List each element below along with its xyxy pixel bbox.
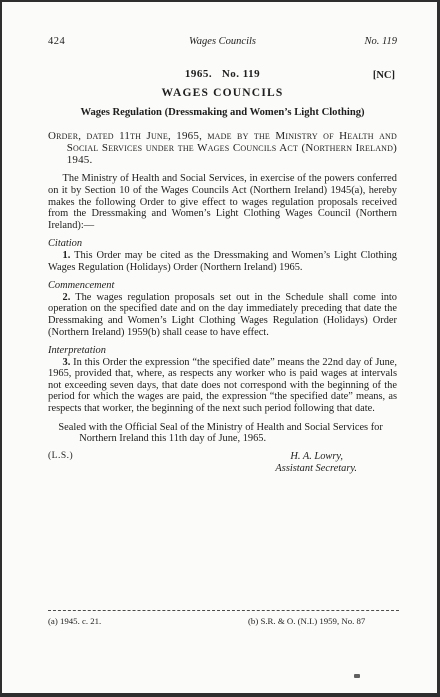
section-number: 1. <box>63 250 71 261</box>
footnote-text: 1945. c. 21. <box>60 616 101 626</box>
seal-mark: (L.S.) <box>48 451 73 461</box>
footnote-a: (a) 1945. c. 21. <box>48 616 248 626</box>
section-text: In this Order the expression “the specif… <box>48 357 397 414</box>
signatory-name: H. A. Lowry, <box>275 451 357 464</box>
footnote-label: (b) <box>248 616 258 626</box>
nc-tag: [NC] <box>373 70 395 81</box>
running-title: Wages Councils <box>138 36 307 47</box>
section-number: 3. <box>63 357 71 368</box>
recital-paragraph: Order, dated 11th June, 1965, made by th… <box>48 131 397 166</box>
signatory-title: Assistant Secretary. <box>275 463 357 476</box>
section-text: This Order may be cited as the Dressmaki… <box>48 250 397 273</box>
section-paragraph-interpretation: 3. In this Order the expression “the spe… <box>48 357 397 415</box>
section-paragraph-citation: 1. This Order may be cited as the Dressm… <box>48 250 397 273</box>
section-number: 2. <box>63 292 71 303</box>
intro-paragraph: The Ministry of Health and Social Servic… <box>48 173 397 231</box>
section-text: The wages regulation proposals set out i… <box>48 292 397 338</box>
sealing-clause: Sealed with the Official Seal of the Min… <box>48 422 397 445</box>
masthead: 1965. No. 119 [NC] <box>48 68 397 80</box>
document-title: Wages Regulation (Dressmaking and Women’… <box>48 107 397 118</box>
scan-artifact <box>354 674 360 678</box>
category-heading: WAGES COUNCILS <box>48 87 397 99</box>
section-heading-commencement: Commencement <box>48 280 397 292</box>
order-number: 1965. No. 119 <box>185 68 260 80</box>
running-header: 424 Wages Councils No. 119 <box>48 36 397 47</box>
section-paragraph-commencement: 2. The wages regulation proposals set ou… <box>48 292 397 338</box>
footnote-b: (b) S.R. & O. (N.I.) 1959, No. 87 <box>248 616 365 626</box>
issue-number: No. 119 <box>307 36 397 47</box>
footnote-label: (a) <box>48 616 58 626</box>
section-heading-interpretation: Interpretation <box>48 345 397 357</box>
signature-block: H. A. Lowry, Assistant Secretary. <box>275 451 357 476</box>
section-heading-citation: Citation <box>48 238 397 250</box>
footnotes: (a) 1945. c. 21. (b) S.R. & O. (N.I.) 19… <box>48 610 399 626</box>
document-page: 424 Wages Councils No. 119 1965. No. 119… <box>0 0 440 697</box>
signature-row: (L.S.) H. A. Lowry, Assistant Secretary. <box>48 451 397 476</box>
page-number: 424 <box>48 36 138 47</box>
footnote-text: S.R. & O. (N.I.) 1959, No. 87 <box>260 616 365 626</box>
